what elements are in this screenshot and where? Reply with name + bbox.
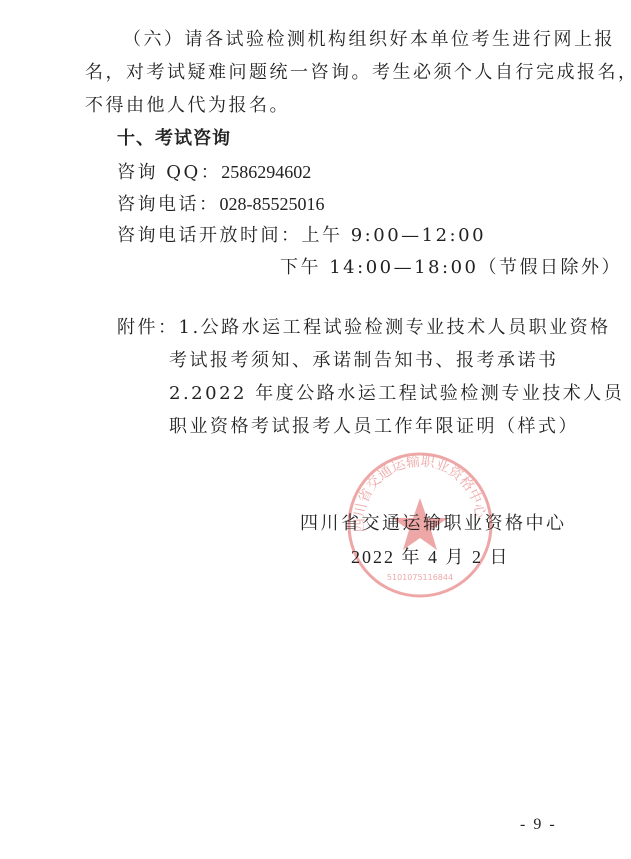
attachment-line-1: 1.公路水运工程试验检测专业技术人员职业资格	[179, 317, 611, 338]
section6-line-1: （六）请各试验检测机构组织好本单位考生进行网上报	[123, 28, 615, 52]
phone-value: 028-85525016	[220, 194, 325, 214]
qq-row: 咨询 QQ：2586294602	[117, 160, 311, 185]
section6-line-2: 名，对考试疑难问题统一咨询。考生必须个人自行完成报名，	[85, 61, 631, 85]
qq-label: 咨询 QQ：	[117, 162, 221, 183]
hours-am: 上午 9:00—12:00	[302, 225, 487, 246]
page-number: - 9 -	[520, 816, 557, 834]
hours-row: 咨询电话开放时间：上午 9:00—12:00	[117, 224, 486, 248]
phone-row: 咨询电话：028-85525016	[117, 192, 325, 217]
attachment-line-3: 2.2022 年度公路水运工程试验检测专业技术人员	[169, 382, 624, 406]
signature-date: 2022 年 4 月 2 日	[351, 545, 510, 569]
hours-pm: 下午 14:00—18:00（节假日除外）	[280, 256, 622, 280]
qq-value: 2586294602	[221, 162, 311, 182]
hours-label: 咨询电话开放时间：	[117, 225, 302, 246]
section6-line-3: 不得由他人代为报名。	[85, 94, 290, 118]
svg-text:5101075116844: 5101075116844	[387, 573, 453, 582]
section10-heading: 十、考试咨询	[117, 127, 231, 151]
attachment-line-4: 职业资格考试报考人员工作年限证明（样式）	[169, 415, 579, 439]
phone-label: 咨询电话：	[117, 194, 220, 215]
attachment-label: 附件：	[117, 317, 179, 338]
attachment-row-1: 附件：1.公路水运工程试验检测专业技术人员职业资格	[117, 316, 611, 340]
attachment-line-2: 考试报考须知、承诺制告知书、报考承诺书	[169, 349, 559, 373]
signature-org: 四川省交通运输职业资格中心	[300, 512, 567, 536]
